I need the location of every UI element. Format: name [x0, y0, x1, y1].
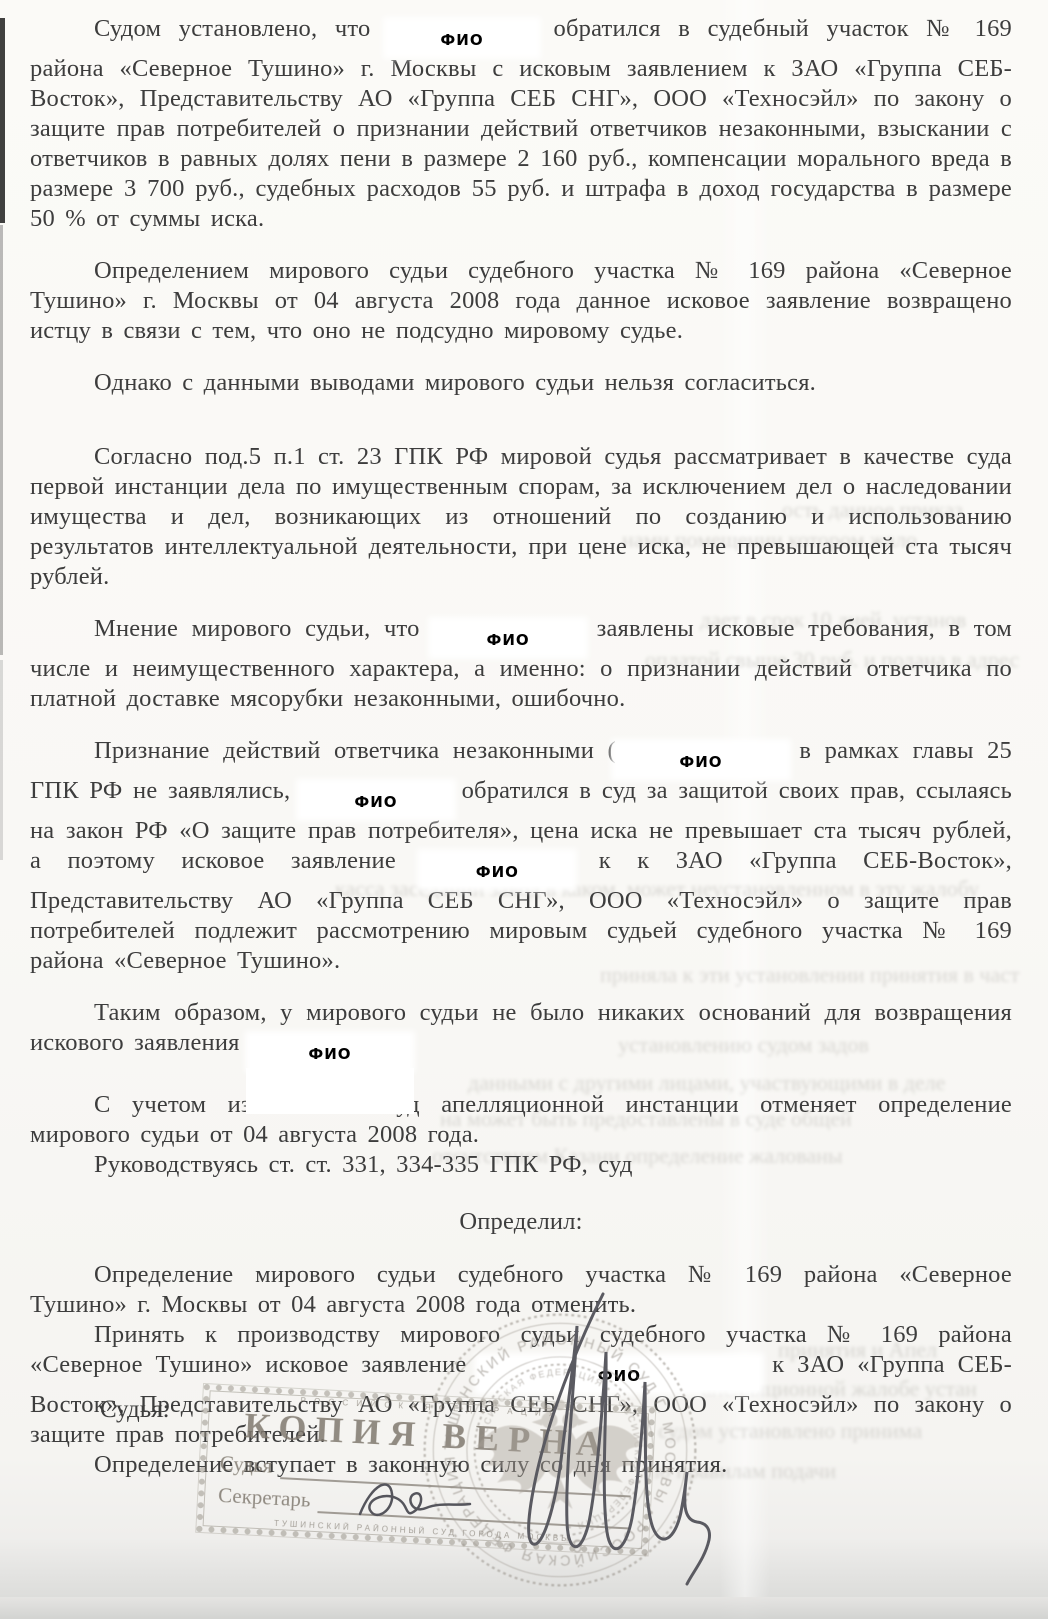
scanner-edge-artifact	[0, 18, 5, 223]
redaction-box: ФИО	[301, 784, 451, 816]
redaction-label: ФИО	[440, 31, 483, 49]
redaction-label: ФИО	[486, 631, 529, 649]
redaction-box: ФИО	[250, 1036, 410, 1068]
stamp-secretary-label: Секретарь	[218, 1482, 312, 1513]
redaction-box: ФИО	[388, 22, 536, 54]
ruling-heading: Определил:	[30, 1207, 1012, 1237]
paragraph: Руководствуясь ст. ст. 331, 334-335 ГПК …	[30, 1150, 1012, 1180]
redaction-box: ФИО	[616, 744, 786, 776]
scanner-edge-artifact	[0, 225, 3, 655]
stamp-judge-label: Судья	[219, 1450, 273, 1479]
scan-bottom-shadow	[0, 1597, 1048, 1619]
redaction-label: ФИО	[476, 863, 519, 881]
paragraph: Судом установлено, что ФИО обратился в с…	[30, 14, 1012, 234]
redaction-box: ФИО	[433, 622, 583, 654]
redaction-label: ФИО	[354, 793, 397, 811]
paragraph: Таким образом, у мирового судьи не было …	[30, 998, 1012, 1068]
paragraph: С учетом изложенного суд апелляционной и…	[30, 1090, 1012, 1150]
paragraph: Определением мирового судьи судебного уч…	[30, 256, 1012, 346]
paragraph: Признание действий ответчика незаконными…	[30, 736, 1012, 976]
scanned-court-document-page: ость данное приказнами помещении котором…	[0, 0, 1048, 1619]
document-body: Судом установлено, что ФИО обратился в с…	[30, 14, 1012, 1480]
judge-signature-label: Судья:	[100, 1396, 170, 1424]
redaction-label: ФИО	[679, 753, 722, 771]
judge-signature	[425, 1282, 715, 1592]
secretary-signature	[352, 1468, 502, 1528]
scanner-edge-artifact	[0, 660, 3, 860]
redaction-label: ФИО	[308, 1045, 351, 1063]
redaction-box: ФИО	[422, 854, 572, 886]
paragraph: Однако с данными выводами мирового судьи…	[30, 368, 1012, 398]
paragraph: Мнение мирового судьи, что ФИО заявлены …	[30, 614, 1012, 714]
paragraph: Согласно под.5 п.1 ст. 23 ГПК РФ мировой…	[30, 442, 1012, 592]
